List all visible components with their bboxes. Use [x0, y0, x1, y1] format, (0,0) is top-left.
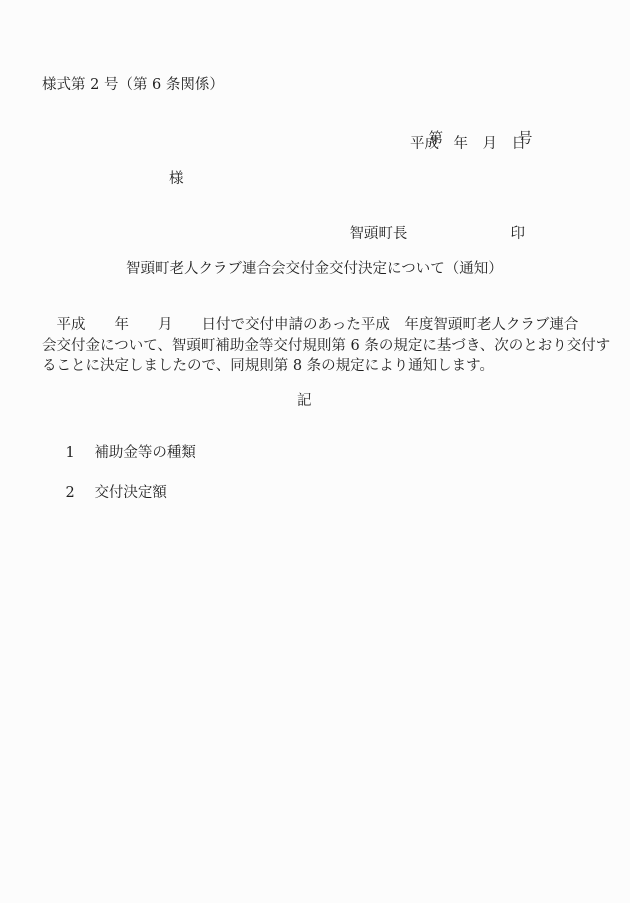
document-title: 智頭町老人クラブ連合会交付金交付決定について（通知）: [126, 262, 503, 277]
seal-mark: 印: [510, 226, 525, 242]
addressee-honorific: 様: [169, 172, 184, 187]
item-number: 2: [65, 486, 94, 501]
body-paragraph-line: 平成 年 月 日付で交付申請のあった平成 年度智頭町老人クラブ連合: [42, 318, 578, 333]
body-paragraph-line: ることに決定しましたので、同規則第 8 条の規定により通知します。: [42, 359, 494, 374]
record-marker: 記: [297, 394, 312, 409]
list-item: 2交付決定額: [47, 471, 167, 517]
item-label: 交付決定額: [94, 485, 167, 501]
document-page: 様式第 2 号（第 6 条関係） 第号 平成 年 月 日 様 智頭町長印 智頭町…: [0, 0, 630, 903]
sender-line: 智頭町長印: [331, 212, 525, 258]
form-number: 様式第 2 号（第 6 条関係）: [42, 78, 224, 93]
item-number: 1: [65, 446, 94, 461]
list-item: 1補助金等の種類: [47, 431, 196, 477]
sender-title: 智頭町長: [349, 226, 407, 242]
item-label: 補助金等の種類: [94, 445, 196, 461]
body-paragraph-line: 会交付金について、智頭町補助金等交付規則第 6 条の規定に基づき、次のとおり交付…: [42, 339, 610, 354]
date-line: 平成 年 月 日: [410, 137, 526, 152]
